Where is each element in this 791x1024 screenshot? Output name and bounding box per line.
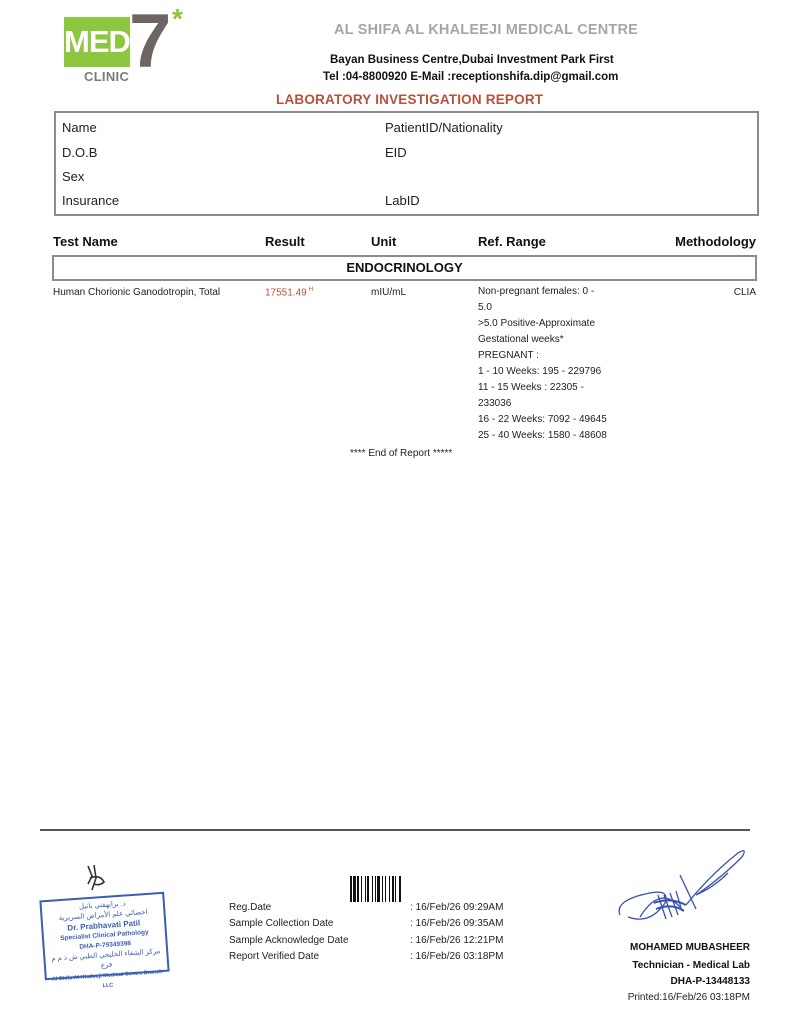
centre-name: AL SHIFA AL KHALEEJI MEDICAL CENTRE (334, 22, 638, 38)
logo-med-block: MED (64, 17, 130, 67)
ref-range-line: 5.0 (478, 300, 607, 316)
methodology: CLIA (734, 287, 756, 298)
column-result: Result (265, 234, 305, 249)
pathologist-signature-icon (82, 862, 112, 894)
column-ref-range: Ref. Range (478, 234, 546, 249)
verified-date-value: : 16/Feb/26 03:18PM (410, 951, 503, 962)
result-cell: 17551.49H (265, 287, 313, 298)
technician-name: MOHAMED MUBASHEER (630, 942, 750, 953)
logo-clinic-text: CLINIC (84, 69, 129, 84)
ref-range-line: Gestational weeks* (478, 332, 607, 348)
high-flag: H (309, 287, 313, 293)
ref-range-line: 25 - 40 Weeks: 1580 - 48608 (478, 428, 607, 444)
verified-date-label: Report Verified Date (229, 951, 319, 962)
reg-date-value: : 16/Feb/26 09:29AM (410, 902, 503, 913)
ref-range-line: 11 - 15 Weeks : 22305 - (478, 380, 607, 396)
footer-divider (40, 829, 750, 831)
label-lab-id: LabID (385, 193, 420, 208)
ref-range-line: 1 - 10 Weeks: 195 - 229796 (478, 364, 607, 380)
label-eid: EID (385, 145, 407, 160)
report-title: LABORATORY INVESTIGATION REPORT (276, 92, 543, 107)
ref-range-line: 16 - 22 Weeks: 7092 - 49645 (478, 412, 607, 428)
ref-range: Non-pregnant females: 0 -5.0>5.0 Positiv… (478, 284, 607, 444)
section-endocrinology: ENDOCRINOLOGY (52, 255, 757, 281)
ref-range-line: PREGNANT : (478, 348, 607, 364)
acknowledge-date-value: : 16/Feb/26 12:21PM (410, 935, 503, 946)
label-sex: Sex (62, 169, 84, 184)
barcode-icon (350, 876, 430, 902)
collection-date-value: : 16/Feb/26 09:35AM (410, 918, 503, 929)
ref-range-line: 233036 (478, 396, 607, 412)
printed-timestamp: Printed:16/Feb/26 03:18PM (628, 992, 750, 1003)
reg-date-label: Reg.Date (229, 902, 271, 913)
technician-signature-icon (610, 845, 750, 935)
technician-license: DHA-P-13448133 (671, 976, 751, 987)
test-name: Human Chorionic Ganodotropin, Total (53, 287, 220, 298)
logo-seven: 7 (129, 4, 171, 80)
ref-range-line: >5.0 Positive-Approximate (478, 316, 607, 332)
label-patient-id: PatientID/Nationality (385, 120, 503, 135)
logo-star-icon: * (172, 5, 183, 33)
pathologist-stamp: د. برابهفتي باتيل اخصائي علم الأمراض الس… (39, 892, 169, 981)
result-value: 17551.49 (265, 287, 307, 298)
label-name: Name (62, 120, 97, 135)
ref-range-line: Non-pregnant females: 0 - (478, 284, 607, 300)
acknowledge-date-label: Sample Acknowledge Date (229, 935, 349, 946)
column-methodology: Methodology (675, 234, 756, 249)
centre-address: Bayan Business Centre,Dubai Investment P… (330, 54, 614, 66)
label-insurance: Insurance (62, 193, 119, 208)
unit: mIU/mL (371, 287, 406, 298)
technician-role: Technician - Medical Lab (632, 960, 750, 971)
centre-contact: Tel :04-8800920 E-Mail :receptionshifa.d… (323, 71, 618, 83)
label-dob: D.O.B (62, 145, 97, 160)
column-unit: Unit (371, 234, 396, 249)
end-of-report: **** End of Report ***** (350, 448, 452, 459)
column-test-name: Test Name (53, 234, 118, 249)
collection-date-label: Sample Collection Date (229, 918, 334, 929)
